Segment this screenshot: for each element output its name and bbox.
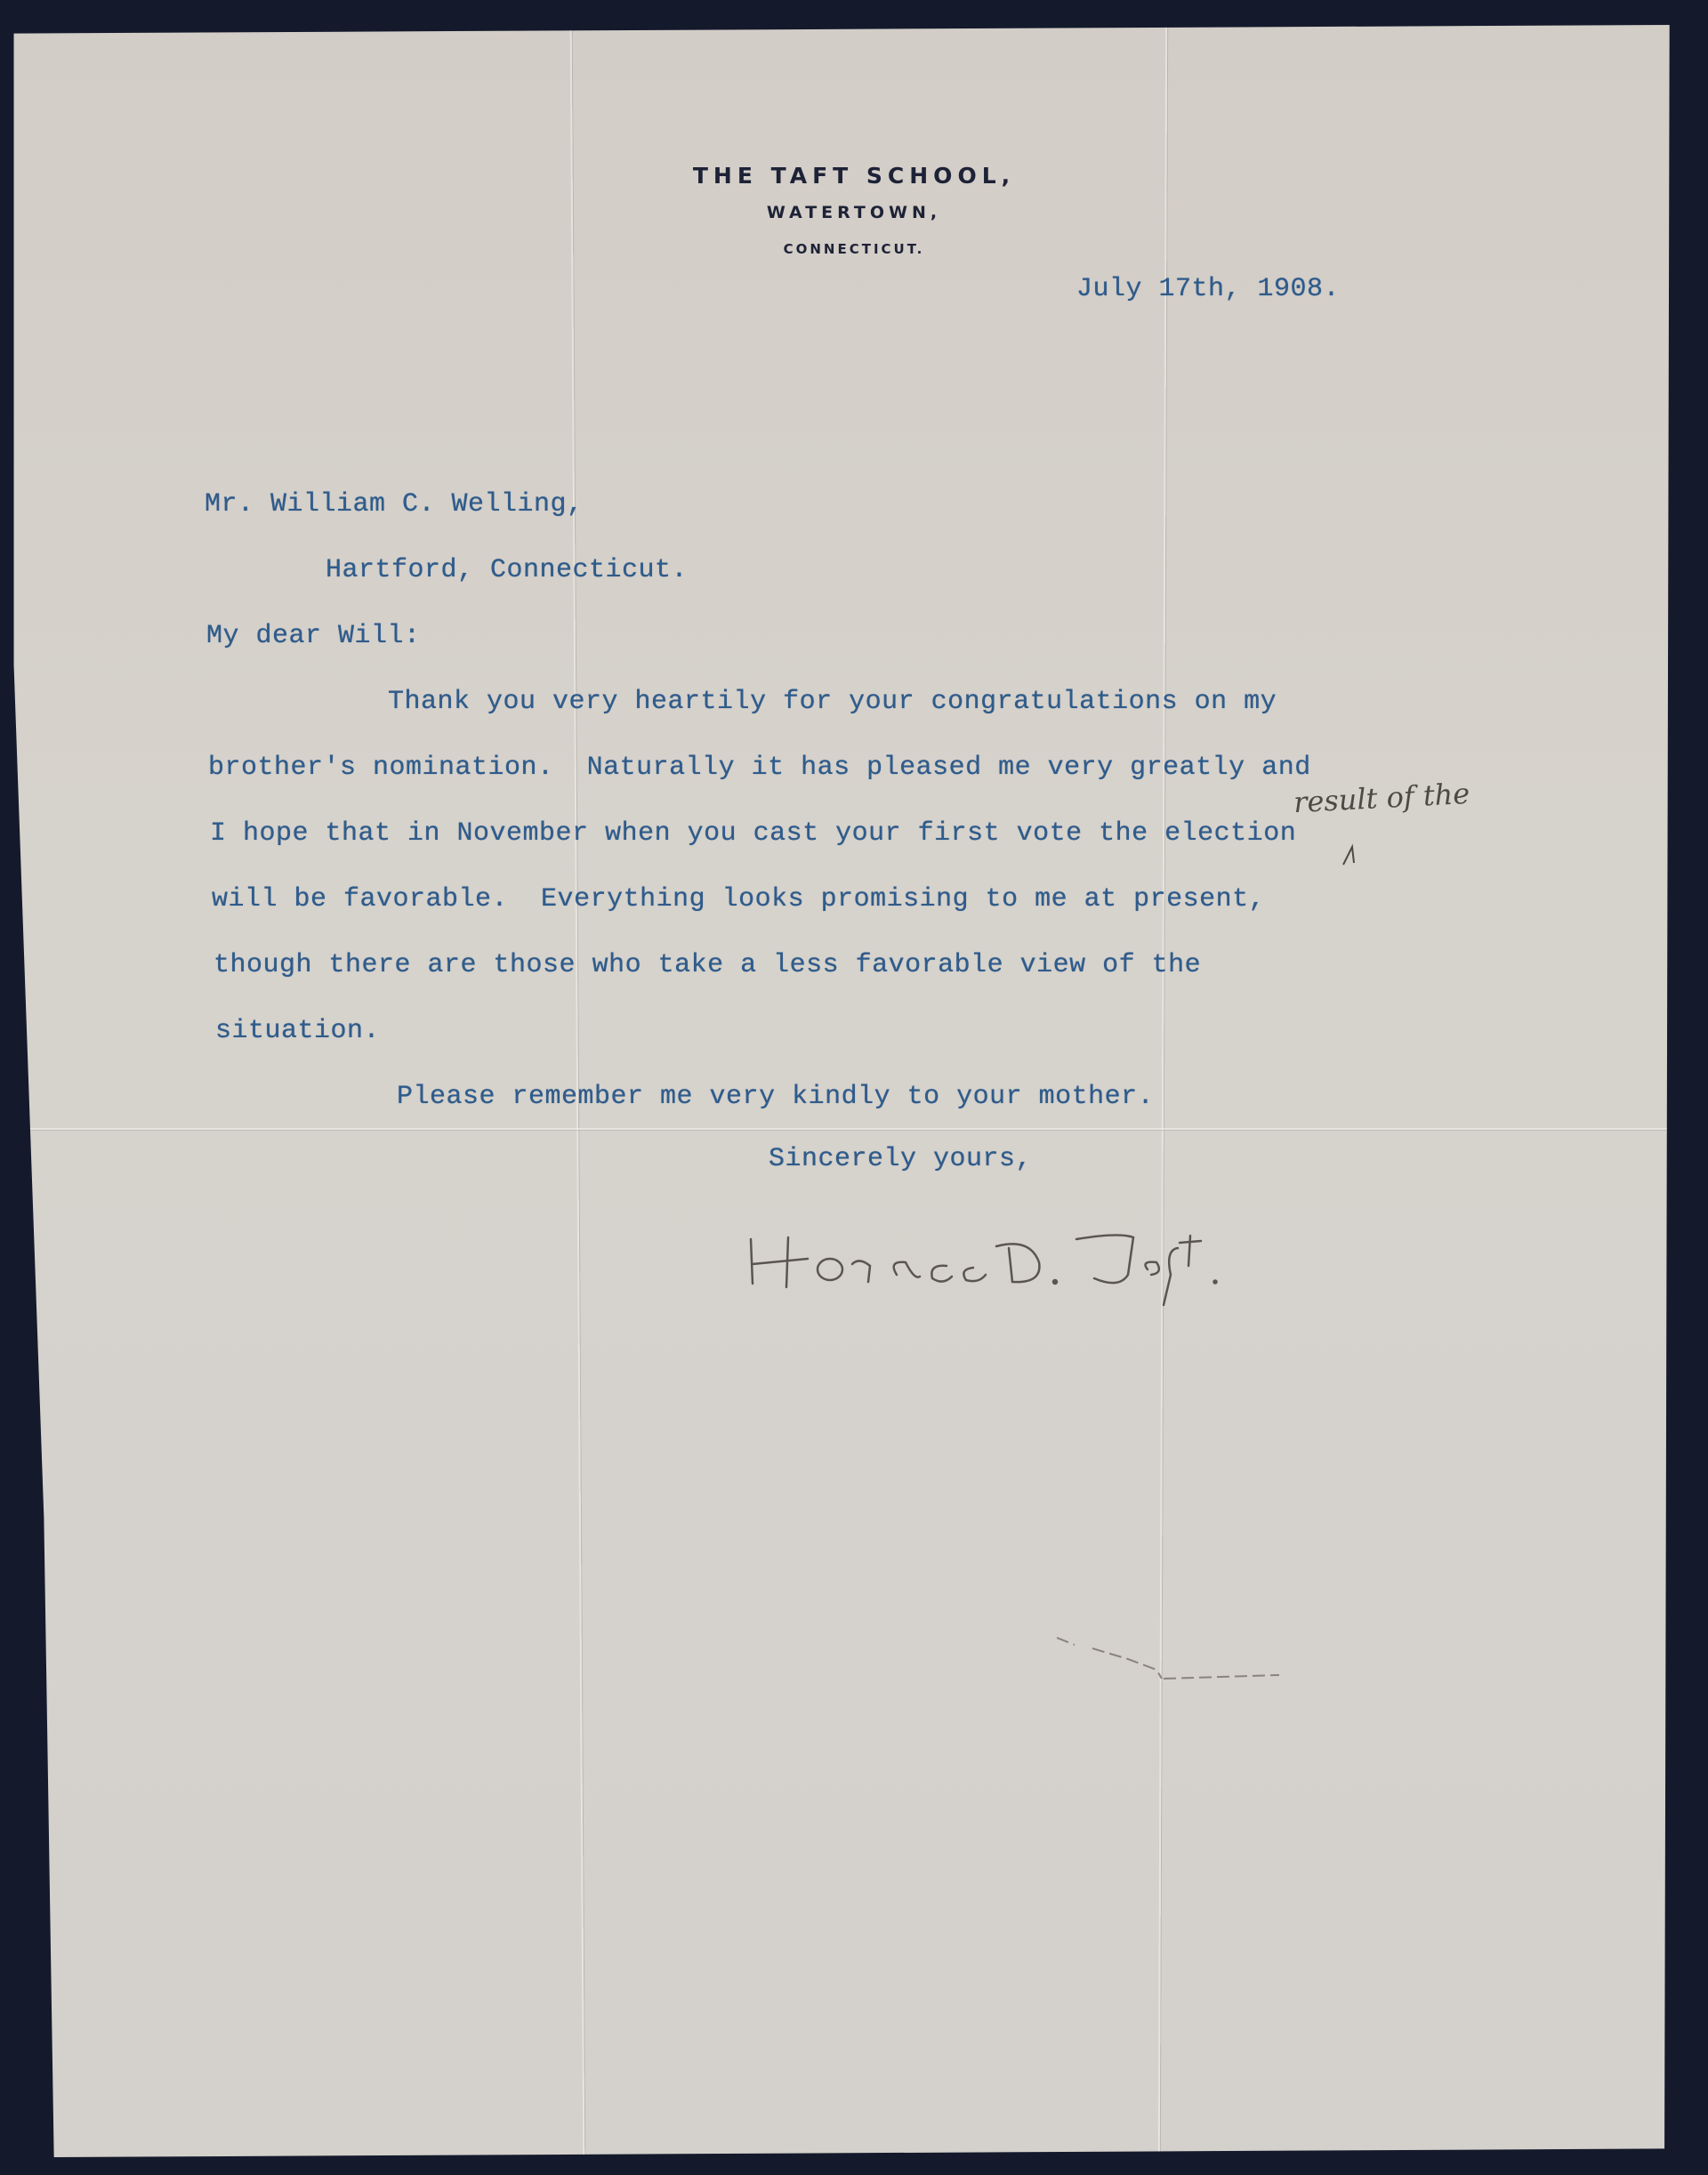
letter-paper: THE TAFT SCHOOL, WATERTOWN, CONNECTICUT.… [7, 25, 1680, 2157]
body-line-1: Thank you very heartily for your congrat… [388, 687, 1277, 717]
body-line-2: brother's nomination. Naturally it has p… [208, 753, 1311, 783]
salutation: My dear Will: [206, 621, 421, 651]
recipient-location: Hartford, Connecticut. [326, 555, 688, 585]
letter-date: July 17th, 1908. [1076, 274, 1340, 304]
body-line-6: situation. [215, 1016, 380, 1046]
complimentary-closing: Sincerely yours, [769, 1144, 1032, 1174]
body-line-5: though there are those who take a less f… [213, 950, 1201, 980]
insertion-caret-mark [1341, 843, 1363, 866]
horizontal-fold-crease [7, 1128, 1680, 1130]
letterhead-institution: THE TAFT SCHOOL, [18, 163, 1690, 189]
body-line-4: will be favorable. Everything looks prom… [212, 884, 1265, 914]
recipient-name: Mr. William C. Welling, [205, 489, 584, 520]
closing-paragraph: Please remember me very kindly to your m… [397, 1082, 1154, 1112]
paper-tear-mark [1057, 1631, 1306, 1684]
letterhead-state: CONNECTICUT. [18, 241, 1690, 257]
letterhead-town: WATERTOWN, [18, 203, 1690, 222]
body-line-3: I hope that in November when you cast yo… [210, 818, 1296, 849]
vertical-fold-crease-right [1158, 25, 1167, 2157]
handwritten-signature: Horace D. Taft [745, 1212, 1244, 1310]
handwritten-insertion: result of the [1293, 777, 1470, 819]
